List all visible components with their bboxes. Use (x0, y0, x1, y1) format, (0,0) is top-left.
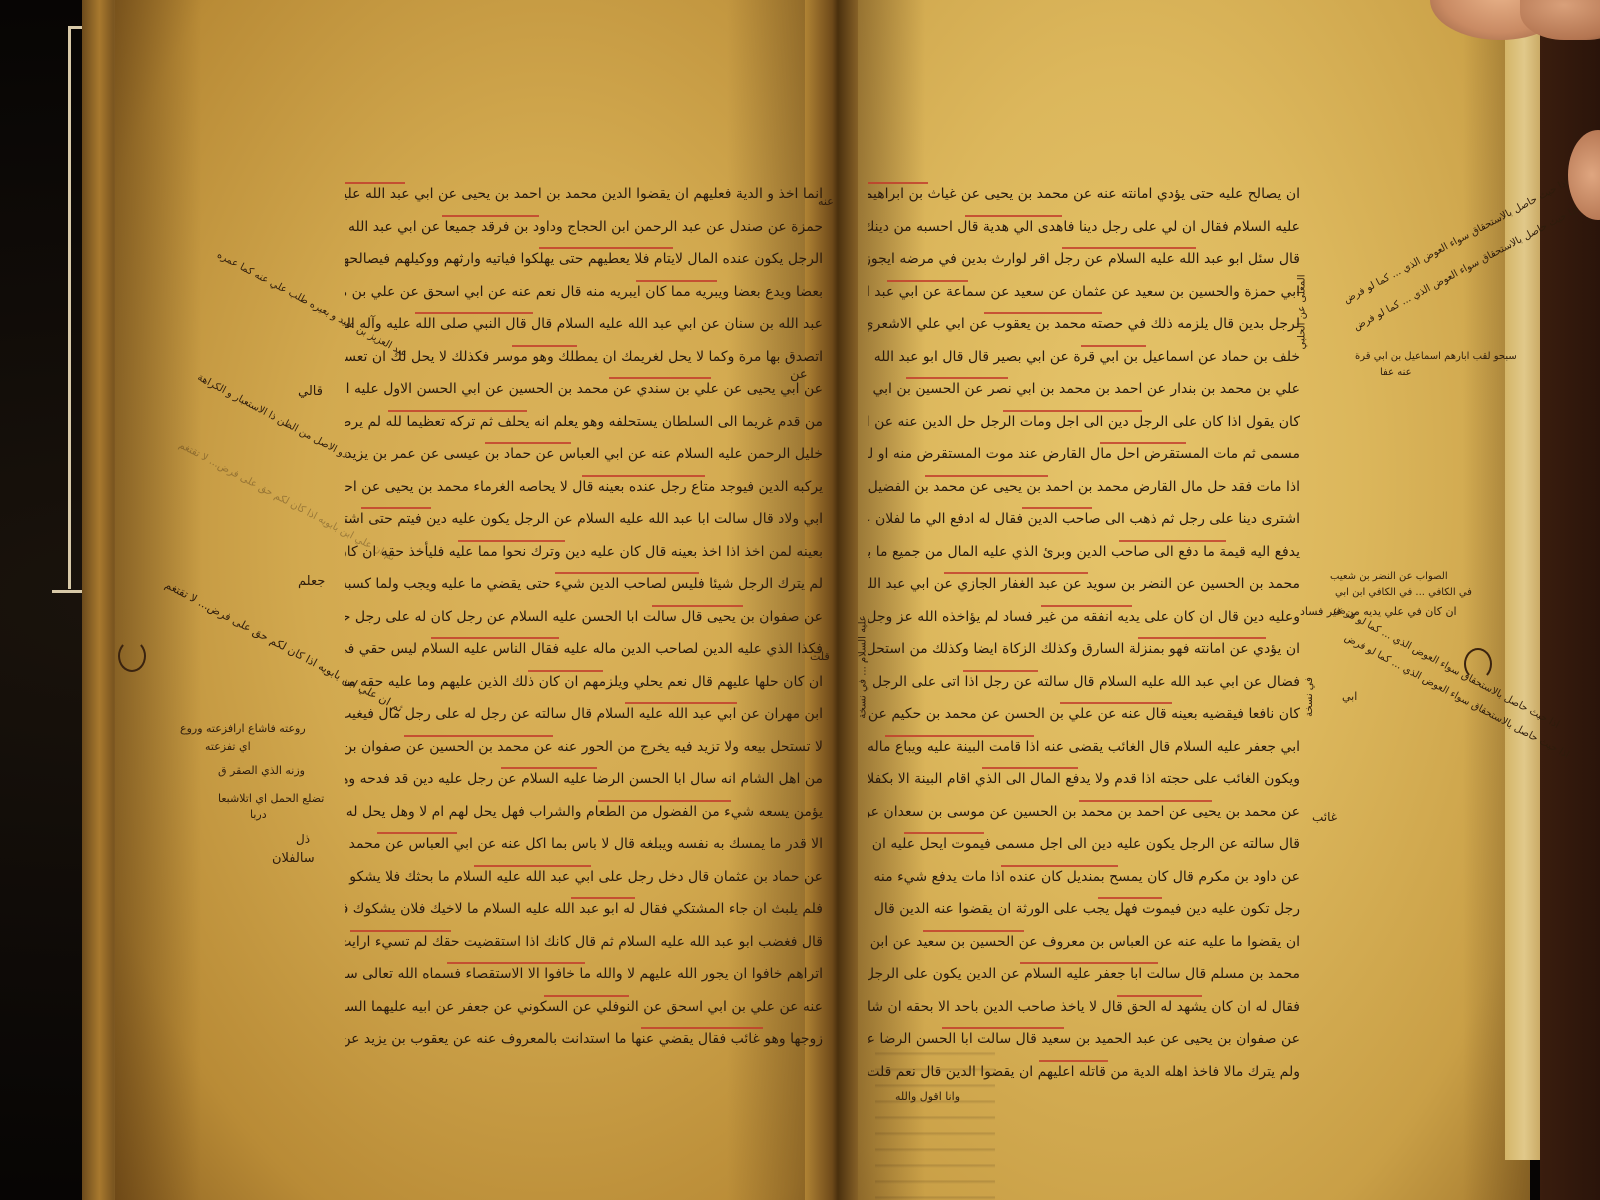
manuscript-line: بعضا ويدع بعضا ويبريه مما كان ايبريه منه… (345, 276, 823, 309)
rubric-overline (404, 735, 553, 737)
manuscript-line: يؤمن يسعه شيء من الفضول من الطعام والشرا… (345, 796, 823, 829)
manuscript-line: ابي جعفر عليه السلام قال الغائب يقضى عنه… (868, 731, 1300, 764)
rubric-overline (944, 572, 1088, 574)
manuscript-line: محمد بن الحسين عن النضر بن سويد عن عبد ا… (868, 568, 1300, 601)
manuscript-line: ابي حمزة والحسين بن سعيد عن عثمان عن سعي… (868, 276, 1300, 309)
manuscript-line: بعينه لمن اخذ اذا اخذ بعينه قال كان عليه… (345, 536, 823, 569)
marginal-gloss: اي تفزعته (205, 740, 251, 754)
rubric-overline (963, 670, 1038, 672)
rubric-overline (636, 280, 717, 282)
rubric-overline (1020, 962, 1158, 964)
manuscript-line: خلف بن حماد عن اسماعيل بن ابي قرة عن ابي… (868, 341, 1300, 374)
rubric-overline (458, 540, 565, 542)
marginal-gloss: ان كان في علي يديه من غير فساد (1300, 605, 1457, 619)
manuscript-line: عن ابي يحيى عن علي بن سندي عن محمد بن ال… (345, 373, 823, 406)
manuscript-line: لم يترك الرجل شيئا فليس لصاحب الدين شيء … (345, 568, 823, 601)
manuscript-line: الرجل يكون عنده المال لايتام فلا يعطيهم … (345, 243, 823, 276)
rubric-overline (350, 930, 451, 932)
manuscript-line: عبد الله بن سنان عن ابي عبد الله عليه ال… (345, 308, 823, 341)
rubric-overline (609, 377, 711, 379)
marginal-gloss: في الكافي ... في الكافي ابن ابي (1335, 586, 1472, 600)
manuscript-line: مسمى ثم مات المستقرض احل مال القارض عند … (868, 438, 1300, 471)
margin-label: عنه (818, 195, 834, 209)
rubric-overline (641, 1027, 763, 1029)
left-main-text: انما اخذ و الدية فعليهم ان يقضوا الدين م… (345, 178, 823, 1056)
margin-label: عن (790, 368, 808, 382)
rubric-overline (539, 247, 673, 249)
marginal-gloss-vertical: المعلى عن الحلبي (1295, 275, 1309, 350)
manuscript-line: وعليه دين قال ان كان على يديه انفقه من غ… (868, 601, 1300, 634)
bleed-through-text (875, 1040, 995, 1200)
manuscript-line: رجل تكون عليه دين فيموت فهل يجب على الور… (868, 893, 1300, 926)
marginal-gloss: تضلع الحمل اي اتلاشبعا (218, 792, 324, 806)
marginal-gloss: روعته فاشاع ارافزعته وروع (180, 722, 306, 736)
rubric-overline (598, 800, 731, 802)
rubric-overline (868, 182, 928, 184)
rubric-overline (1138, 637, 1266, 639)
manuscript-line: يركبه الدين فيوجد متاع رجل عنده بعينه قا… (345, 471, 823, 504)
manuscript-line: اذا مات فقد حل مال القارض محمد بن احمد ب… (868, 471, 1300, 504)
manuscript-line: ويكون الغائب على حجته اذا قدم ولا يدفع ا… (868, 763, 1300, 796)
rubric-overline (1079, 800, 1212, 802)
marginal-gloss: سالفلان (272, 852, 315, 866)
rubric-overline (512, 345, 577, 347)
manuscript-line: عن محمد بن يحيى عن احمد بن محمد بن الحسي… (868, 796, 1300, 829)
rubric-overline (885, 735, 1034, 737)
manuscript-line: عنه عن علي بن ابي اسحق عن النوفلي عن الس… (345, 991, 823, 1024)
rubric-overline (582, 475, 705, 477)
rubric-overline (1039, 1060, 1108, 1062)
rubric-overline (447, 962, 585, 964)
rubric-overline (1001, 865, 1118, 867)
margin-label: قالي (298, 385, 323, 399)
manuscript-line: ان يصالح عليه حتى يؤدي امانته عنه عن محم… (868, 178, 1300, 211)
rubric-overline (528, 670, 603, 672)
rubric-overline (544, 995, 629, 997)
margin-label: قلت (810, 650, 830, 664)
marginal-gloss: الصواب عن النضر بن شعيب (1330, 570, 1448, 584)
marginal-gloss: سبحو لقب ابارهم اسماعيل بن ابي قرة (1355, 350, 1517, 364)
rubric-overline (485, 442, 571, 444)
manuscript-line: اتصدق بها مرة وكما لا يحل لغريمك ان يمطل… (345, 341, 823, 374)
rubric-overline (965, 215, 1062, 217)
rubric-overline (1022, 507, 1092, 509)
manuscript-line: اشترى دينا على رجل ثم ذهب الى صاحب الدين… (868, 503, 1300, 536)
manuscript-line: لرجل بدين قال يلزمه ذلك في حصته محمد بن … (868, 308, 1300, 341)
rubric-overline (377, 832, 457, 834)
rubric-overline (904, 832, 984, 834)
manuscript-line: علي بن محمد بن بندار عن احمد بن محمد بن … (868, 373, 1300, 406)
marginal-gloss: ابي (1342, 690, 1357, 704)
manuscript-line: فضال عن ابي عبد الله عليه السلام قال سال… (868, 666, 1300, 699)
manuscript-line: محمد بن مسلم قال سالت ابا جعفر عليه السل… (868, 958, 1300, 991)
gutter-note-vertical: عليه السلام ... في نسخة (857, 615, 871, 718)
manuscript-line: ان كان حلها عليهم قال نعم يحلي ويلزمهم ا… (345, 666, 823, 699)
manuscript-line: قال سئل ابو عبد الله عليه السلام عن رجل … (868, 243, 1300, 276)
manuscript-line: كان يقول اذا كان على الرجل دين الى اجل و… (868, 406, 1300, 439)
manuscript-line: الا قدر ما يمسك به نفسه ويبلغه قال لا با… (345, 828, 823, 861)
manuscript-line: ان يؤدي عن امانته فهو بمنزلة السارق وكذل… (868, 633, 1300, 666)
manuscript-line: عن داود بن مكرم قال كان يمسح بمنديل كان … (868, 861, 1300, 894)
marginal-gloss: دربا (250, 808, 267, 822)
manuscript-line: فقال له ان كان يشهد له الحق قال لا ياخذ … (868, 991, 1300, 1024)
rubric-overline (1003, 410, 1142, 412)
rubric-overline (1060, 702, 1172, 704)
margin-label: جعلم (298, 575, 325, 589)
right-main-text: ان يصالح عليه حتى يؤدي امانته عنه عن محم… (868, 178, 1300, 1088)
rubric-overline (982, 767, 1078, 769)
sahh-mark-circle (1464, 648, 1492, 680)
marginal-gloss: وزنه الذي الصقر ق (218, 764, 305, 778)
manuscript-line: خليل الرحمن عليه السلام عنه عن ابي العبا… (345, 438, 823, 471)
manuscript-line: ابن مهران عن ابي عبد الله عليه السلام قا… (345, 698, 823, 731)
rubric-overline (625, 702, 737, 704)
marginal-gloss: عنه عفا (1380, 366, 1412, 380)
manuscript-line: كان نافعا فيقضيه بعينه قال عنه عن علي بن… (868, 698, 1300, 731)
manuscript-line: يدفع اليه قيمة ما دفع الى صاحب الدين وبر… (868, 536, 1300, 569)
manuscript-line: زوجها وهو غائب فقال يقضي عنها ما استدانت… (345, 1023, 823, 1056)
manuscript-line: انما اخذ و الدية فعليهم ان يقضوا الدين م… (345, 178, 823, 211)
manuscript-line: عن صفوان بن يحيى قال سالت ابا الحسن عليه… (345, 601, 823, 634)
marginal-gloss-vertical: في نسخة (1303, 677, 1317, 717)
rubric-overline (887, 280, 968, 282)
marginal-gloss: ذل (296, 832, 310, 846)
manuscript-line: فلم يلبث ان جاء المشتكي فقال له ابو عبد … (345, 893, 823, 926)
rubric-overline (906, 377, 1008, 379)
manuscript-line: اتراهم خافوا ان يجور الله عليهم لا والله… (345, 958, 823, 991)
rubric-overline (1081, 345, 1146, 347)
rubric-overline (1119, 540, 1226, 542)
rubric-overline (345, 182, 405, 184)
rubric-overline (415, 312, 533, 314)
rubric-overline (555, 572, 699, 574)
marginal-gloss: غائب (1312, 810, 1337, 824)
rubric-overline (923, 930, 1024, 932)
rubric-overline (984, 312, 1102, 314)
manuscript-line: حمزة عن صندل عن عبد الرحمن ابن الحجاج ود… (345, 211, 823, 244)
manuscript-line: فكذا الذي عليه الدين لصاحب الدين ماله عل… (345, 633, 823, 666)
manuscript-line: لا تستحل بيعه ولا تزيد فيه يخرج من الحور… (345, 731, 823, 764)
rubric-overline (1100, 442, 1186, 444)
rubric-overline (361, 507, 431, 509)
rubric-overline (1041, 605, 1132, 607)
white-frame-tick (52, 590, 82, 593)
rubric-overline (1117, 995, 1202, 997)
rubric-overline (501, 767, 597, 769)
manuscript-line: من قدم غريما الى السلطان يستحلفه وهو يعل… (345, 406, 823, 439)
rubric-overline (925, 475, 1048, 477)
rubric-overline (431, 637, 559, 639)
manuscript-line: عليه السلام فقال ان لي على رجل دينا فاهد… (868, 211, 1300, 244)
rubric-overline (652, 605, 743, 607)
sahh-mark-circle (118, 640, 146, 672)
rubric-overline (571, 897, 635, 899)
manuscript-line: ان يقضوا ما عليه عنه عن العباس بن معروف … (868, 926, 1300, 959)
rubric-overline (1098, 897, 1162, 899)
rubric-overline (442, 215, 539, 217)
manuscript-line: ابي ولاد قال سالت ابا عبد الله عليه السل… (345, 503, 823, 536)
manuscript-line: قال فغضب ابو عبد الله عليه السلام ثم قال… (345, 926, 823, 959)
manuscript-line: قال سالته عن الرجل يكون عليه دين الى اجل… (868, 828, 1300, 861)
rubric-overline (388, 410, 527, 412)
rubric-overline (942, 1027, 1064, 1029)
manuscript-line: من اهل الشام انه سال ابا الحسن الرضا علي… (345, 763, 823, 796)
rubric-overline (474, 865, 591, 867)
rubric-overline (1062, 247, 1196, 249)
manuscript-line: عن حماد بن عثمان قال دخل رجل على ابي عبد… (345, 861, 823, 894)
